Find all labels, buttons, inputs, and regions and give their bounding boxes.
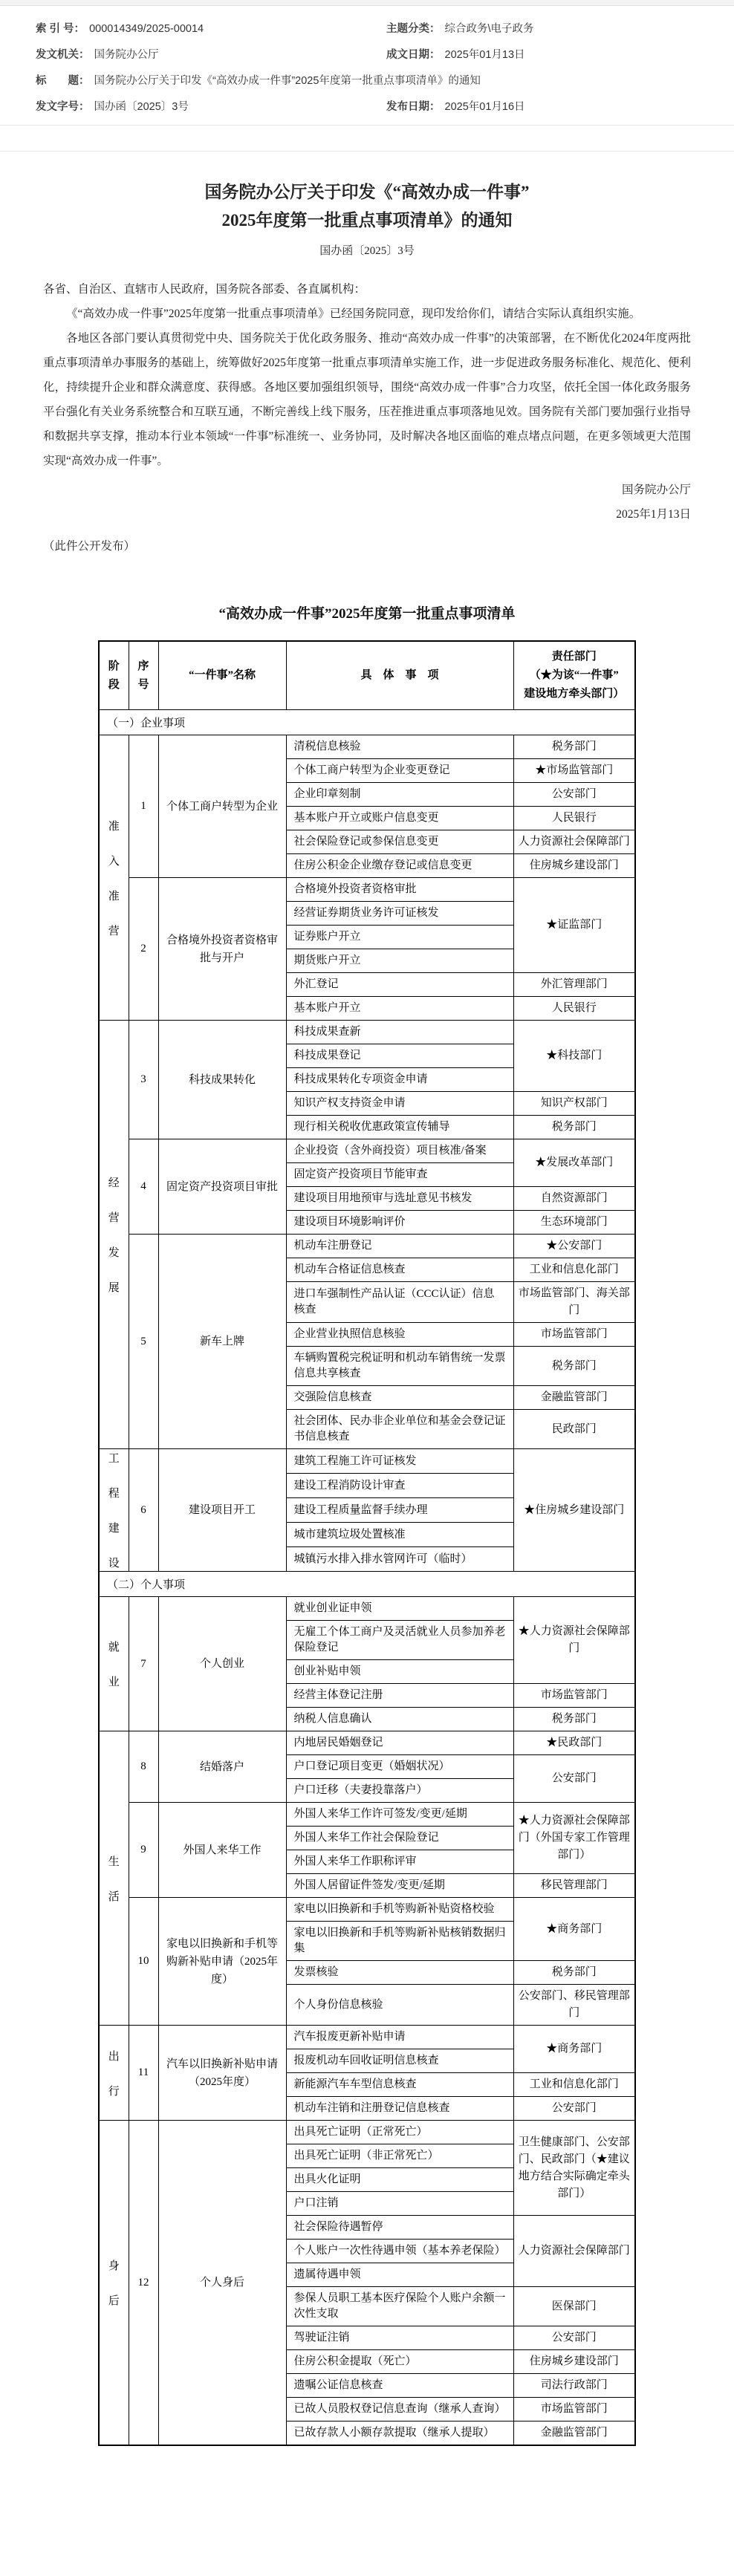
stage-char: 身 (108, 2257, 120, 2273)
thing-name-cell: 合格境外投资者资格审批与开户 (158, 878, 286, 1021)
meta-row: 索 引 号：000014349/2025-00014主题分类：综合政务\电子政务 (36, 16, 698, 42)
item-cell: 遗属待遇申领 (286, 2263, 513, 2287)
meta-value: 国办函〔2025〕3号 (90, 100, 189, 115)
list-table-body: （一）企业事项准入准营1个体工商户转型为企业清税信息核验税务部门个体工商户转型为… (99, 710, 635, 2446)
dept-cell: ★科技部门 (513, 1021, 635, 1092)
notice-title-line2: 2025年度第一批重点事项清单》的通知 (43, 206, 691, 235)
dept-cell: 生态环境部门 (513, 1211, 635, 1235)
item-cell: 社会保险登记或参保信息变更 (286, 830, 513, 854)
meta-row: 标 题：国务院办公厅关于印发《“高效办成一件事”2025年度第一批重点事项清单》… (36, 68, 698, 94)
dept-cell: 税务部门 (513, 1347, 635, 1386)
item-cell: 遗嘱公证信息核查 (286, 2374, 513, 2398)
item-cell: 住房公积金提取（死亡） (286, 2350, 513, 2374)
dept-cell: 知识产权部门 (513, 1092, 635, 1116)
stage-char: 发 (108, 1244, 120, 1260)
item-cell: 固定资产投资项目节能审查 (286, 1163, 513, 1187)
item-cell: 新能源汽车车型信息核查 (286, 2073, 513, 2097)
serial-cell: 4 (129, 1139, 158, 1235)
meta-pair: 发文字号：国办函〔2025〕3号 (36, 94, 386, 120)
item-cell: 个人身份信息核验 (286, 1985, 513, 2026)
dept-cell: ★人力资源社会保障部门（外国专家工作管理部门） (513, 1803, 635, 1874)
dept-cell: ★商务部门 (513, 1898, 635, 1961)
meta-row: 发文机关：国务院办公厅成文日期：2025年01月13日 (36, 42, 698, 68)
stage-char: 营 (108, 1209, 120, 1225)
stage-char: 建 (108, 1520, 120, 1535)
notice-title-line1: 国务院办公厅关于印发《“高效办成一件事” (43, 178, 691, 206)
column-header-3: 具 体 事 项 (286, 641, 513, 710)
meta-value: 国务院办公厅关于印发《“高效办成一件事”2025年度第一批重点事项清单》的通知 (90, 74, 481, 89)
dept-cell: 公安部门 (513, 1755, 635, 1803)
item-cell: 报废机动车回收证明信息核查 (286, 2049, 513, 2073)
item-cell: 就业创业证申领 (286, 1597, 513, 1621)
item-cell: 内地居民婚姻登记 (286, 1731, 513, 1755)
stage-cell: 准入准营 (99, 735, 129, 1021)
item-cell: 户口注销 (286, 2192, 513, 2216)
dept-cell: 住房城乡建设部门 (513, 2350, 635, 2374)
table-row: 10家电以旧换新和手机等购新补贴申请（2025年度）家电以旧换新和手机等购新补贴… (99, 1898, 635, 1922)
table-row: 工程建设6建设项目开工建筑工程施工许可证核发★住房城乡建设部门 (99, 1449, 635, 1474)
item-cell: 建设工程质量监督手续办理 (286, 1498, 513, 1523)
dept-cell: 市场监管部门 (513, 2398, 635, 2421)
stage-label: 身后 (100, 2257, 128, 2308)
stage-label: 出行 (100, 2048, 128, 2098)
item-cell: 外国人来华工作社会保险登记 (286, 1827, 513, 1850)
item-cell: 发票核验 (286, 1961, 513, 1985)
signer: 国务院办公厅 (43, 478, 691, 502)
stage-cell: 生活 (99, 1731, 129, 2026)
item-cell: 建设工程消防设计审查 (286, 1474, 513, 1498)
thing-name-cell: 外国人来华工作 (158, 1803, 286, 1898)
header-row: 阶段序号“一件事”名称具 体 事 项责任部门（★为该“一件事”建设地方牵头部门） (99, 641, 635, 710)
column-header-line: 具 体 事 项 (288, 666, 512, 685)
item-cell: 已故人员股权登记信息查询（继承人查询） (286, 2398, 513, 2421)
meta-label: 发文字号： (36, 100, 90, 115)
dept-cell: 税务部门 (513, 1116, 635, 1139)
item-cell: 清税信息核验 (286, 735, 513, 759)
thing-name-cell: 建设项目开工 (158, 1449, 286, 1572)
item-cell: 城市建筑垃圾处置核准 (286, 1523, 513, 1547)
table-row: 生活8结婚落户内地居民婚姻登记★民政部门 (99, 1731, 635, 1755)
item-cell: 企业印章刻制 (286, 783, 513, 807)
item-cell: 建设项目用地预审与选址意见书核发 (286, 1187, 513, 1211)
meta-pair: 主题分类：综合政务\电子政务 (386, 16, 698, 42)
column-header-1: 序号 (129, 641, 158, 710)
meta-value: 综合政务\电子政务 (441, 22, 534, 37)
item-cell: 经营证券期货业务许可证核发 (286, 902, 513, 926)
stage-label: 准入准营 (100, 818, 128, 938)
dept-cell: 市场监管部门 (513, 1684, 635, 1708)
dept-cell: ★商务部门 (513, 2026, 635, 2073)
dept-cell: ★市场监管部门 (513, 759, 635, 783)
thing-name-cell: 结婚落户 (158, 1731, 286, 1803)
item-cell: 纳税人信息确认 (286, 1708, 513, 1731)
dept-cell: 公安部门 (513, 2097, 635, 2121)
meta-pair: 标 题：国务院办公厅关于印发《“高效办成一件事”2025年度第一批重点事项清单》… (36, 68, 698, 94)
item-cell: 知识产权支持资金申请 (286, 1092, 513, 1116)
dept-cell: 工业和信息化部门 (513, 2073, 635, 2097)
table-row: 准入准营1个体工商户转型为企业清税信息核验税务部门 (99, 735, 635, 759)
table-row: 4固定资产投资项目审批企业投资（含外商投资）项目核准/备案★发展改革部门 (99, 1139, 635, 1163)
stage-label: 工程建设 (100, 1450, 128, 1570)
stage-char: 准 (108, 888, 120, 903)
meta-label: 索 引 号： (36, 22, 85, 37)
dept-cell: 人力资源社会保障部门 (513, 2216, 635, 2287)
stage-char: 展 (108, 1279, 120, 1295)
table-row: 经营发展3科技成果转化科技成果查新★科技部门 (99, 1021, 635, 1044)
dept-cell: 外汇管理部门 (513, 973, 635, 997)
item-cell: 企业营业执照信息核验 (286, 1323, 513, 1347)
item-cell: 个人账户一次性待遇申领（基本养老保险） (286, 2240, 513, 2263)
column-header-line: 建设地方牵头部门） (516, 685, 634, 703)
meta-value: 2025年01月16日 (441, 100, 525, 115)
item-cell: 车辆购置税完税证明和机动车销售统一发票信息共享核查 (286, 1347, 513, 1386)
dept-cell: 卫生健康部门、公安部门、民政部门（★建议地方结合实际确定牵头部门） (513, 2121, 635, 2216)
item-cell: 城镇污水排入排水管网许可（临时） (286, 1547, 513, 1572)
dept-cell: 人民银行 (513, 997, 635, 1021)
column-header-line: （★为该“一件事” (516, 666, 634, 685)
stage-char: 就 (108, 1639, 120, 1654)
item-cell: 户口登记项目变更（婚姻状况） (286, 1755, 513, 1779)
paragraphs-container: 《“高效办成一件事”2025年度第一批重点事项清单》已经国务院同意，现印发给你们… (43, 302, 691, 473)
column-header-line: 号 (131, 676, 157, 695)
dept-cell: 司法行政部门 (513, 2374, 635, 2398)
paragraph: 各地区各部门要认真贯彻党中央、国务院关于优化政务服务、推动“高效办成一件事”的决… (43, 326, 691, 473)
item-cell: 经营主体登记注册 (286, 1684, 513, 1708)
thing-name-cell: 固定资产投资项目审批 (158, 1139, 286, 1235)
stage-char: 业 (108, 1674, 120, 1689)
signature-block: 国务院办公厅 2025年1月13日 (43, 478, 691, 527)
item-cell: 参保人员职工基本医疗保险个人账户余额一次性支取 (286, 2287, 513, 2326)
item-cell: 企业投资（含外商投资）项目核准/备案 (286, 1139, 513, 1163)
item-cell: 外汇登记 (286, 973, 513, 997)
item-cell: 户口迁移（夫妻投靠落户） (286, 1779, 513, 1803)
stage-cell: 就业 (99, 1597, 129, 1731)
dept-cell: 住房城乡建设部门 (513, 854, 635, 878)
stage-label: 经营发展 (100, 1174, 128, 1295)
dept-cell: 医保部门 (513, 2287, 635, 2326)
item-cell: 机动车合格证信息核查 (286, 1258, 513, 1282)
stage-char: 生 (108, 1853, 120, 1869)
notice-document: 国务院办公厅关于印发《“高效办成一件事” 2025年度第一批重点事项清单》的通知… (0, 178, 734, 553)
paragraph: 《“高效办成一件事”2025年度第一批重点事项清单》已经国务院同意，现印发给你们… (43, 302, 691, 326)
dept-cell: ★住房城乡建设部门 (513, 1449, 635, 1572)
dept-cell: 税务部门 (513, 1961, 635, 1985)
dept-cell: ★发展改革部门 (513, 1139, 635, 1187)
list-table: 阶段序号“一件事”名称具 体 事 项责任部门（★为该“一件事”建设地方牵头部门）… (98, 640, 636, 2446)
column-header-0: 阶段 (99, 641, 129, 710)
meta-row: 发文字号：国办函〔2025〕3号发布日期：2025年01月16日 (36, 94, 698, 120)
doc-meta-block: 索 引 号：000014349/2025-00014主题分类：综合政务\电子政务… (0, 6, 734, 125)
item-cell: 机动车注册登记 (286, 1235, 513, 1258)
dept-cell: 公安部门 (513, 783, 635, 807)
serial-cell: 1 (129, 735, 158, 878)
stage-char: 程 (108, 1485, 120, 1500)
item-cell: 外国人居留证件签发/变更/延期 (286, 1874, 513, 1898)
column-header-line: 段 (101, 676, 127, 695)
item-cell: 证券账户开立 (286, 926, 513, 949)
dept-cell: 公安部门、移民管理部门 (513, 1985, 635, 2026)
stage-label: 生活 (100, 1853, 128, 1904)
list-table-title: “高效办成一件事”2025年度第一批重点事项清单 (0, 602, 734, 622)
meta-label: 标 题： (36, 74, 90, 89)
meta-label: 成文日期： (386, 48, 441, 63)
stage-cell: 出行 (99, 2026, 129, 2121)
meta-pair: 索 引 号：000014349/2025-00014 (36, 16, 386, 42)
item-cell: 外国人来华工作职称评审 (286, 1850, 513, 1874)
thing-name-cell: 科技成果转化 (158, 1021, 286, 1139)
item-cell: 家电以旧换新和手机等购新补贴核销数据归集 (286, 1922, 513, 1961)
dept-cell: 税务部门 (513, 735, 635, 759)
list-table-head: 阶段序号“一件事”名称具 体 事 项责任部门（★为该“一件事”建设地方牵头部门） (99, 641, 635, 710)
section-heading-row: （一）企业事项 (99, 710, 635, 735)
item-cell: 无雇工个体工商户及灵活就业人员参加养老保险登记 (286, 1621, 513, 1660)
item-cell: 出具死亡证明（非正常死亡） (286, 2144, 513, 2168)
dept-cell: 工业和信息化部门 (513, 1258, 635, 1282)
item-cell: 期货账户开立 (286, 949, 513, 973)
serial-cell: 12 (129, 2121, 158, 2446)
serial-cell: 8 (129, 1731, 158, 1803)
meta-value: 国务院办公厅 (90, 48, 159, 63)
column-header-4: 责任部门（★为该“一件事”建设地方牵头部门） (513, 641, 635, 710)
stage-char: 准 (108, 818, 120, 833)
thing-name-cell: 家电以旧换新和手机等购新补贴申请（2025年度） (158, 1898, 286, 2026)
stage-char: 入 (108, 853, 120, 868)
serial-cell: 10 (129, 1898, 158, 2026)
item-cell: 科技成果转化专项资金申请 (286, 1068, 513, 1092)
dept-cell: 民政部门 (513, 1410, 635, 1449)
stage-cell: 工程建设 (99, 1449, 129, 1572)
serial-cell: 6 (129, 1449, 158, 1572)
item-cell: 机动车注销和注册登记信息核查 (286, 2097, 513, 2121)
item-cell: 外国人来华工作许可签发/变更/延期 (286, 1803, 513, 1827)
stage-label: 就业 (100, 1639, 128, 1689)
dept-cell: 公安部门 (513, 2326, 635, 2350)
item-cell: 住房公积金企业缴存登记或信息变更 (286, 854, 513, 878)
item-cell: 现行相关税收优惠政策宣传辅导 (286, 1116, 513, 1139)
dept-cell: 金融监管部门 (513, 1386, 635, 1410)
dept-cell: 税务部门 (513, 1708, 635, 1731)
dept-cell: 市场监管部门 (513, 1323, 635, 1347)
section-heading: （二）个人事项 (99, 1572, 635, 1597)
meta-pair: 发文机关：国务院办公厅 (36, 42, 386, 68)
stage-cell: 经营发展 (99, 1021, 129, 1449)
item-cell: 驾驶证注销 (286, 2326, 513, 2350)
dept-cell: ★人力资源社会保障部门 (513, 1597, 635, 1684)
column-header-line: 责任部门 (516, 648, 634, 666)
thing-name-cell: 个体工商户转型为企业 (158, 735, 286, 878)
thing-name-cell: 新车上牌 (158, 1235, 286, 1449)
meta-value: 000014349/2025-00014 (85, 22, 204, 37)
stage-char: 经 (108, 1174, 120, 1190)
table-row: 身后12个人身后出具死亡证明（正常死亡）卫生健康部门、公安部门、民政部门（★建议… (99, 2121, 635, 2144)
dept-cell: 移民管理部门 (513, 1874, 635, 1898)
dept-cell: ★证监部门 (513, 878, 635, 973)
stage-char: 后 (108, 2292, 120, 2308)
meta-label: 主题分类： (386, 22, 441, 37)
meta-label: 发布日期： (386, 100, 441, 115)
column-header-2: “一件事”名称 (158, 641, 286, 710)
dept-cell: 人力资源社会保障部门 (513, 830, 635, 854)
item-cell: 出具死亡证明（正常死亡） (286, 2121, 513, 2144)
table-row: 就业7个人创业就业创业证申领★人力资源社会保障部门 (99, 1597, 635, 1621)
thing-name-cell: 汽车以旧换新补贴申请（2025年度） (158, 2026, 286, 2121)
item-cell: 出具火化证明 (286, 2168, 513, 2192)
table-row: 出行11汽车以旧换新补贴申请（2025年度）汽车报废更新补贴申请★商务部门 (99, 2026, 635, 2049)
dept-cell: ★民政部门 (513, 1731, 635, 1755)
item-cell: 个体工商户转型为企业变更登记 (286, 759, 513, 783)
table-row: 9外国人来华工作外国人来华工作许可签发/变更/延期★人力资源社会保障部门（外国专… (99, 1803, 635, 1827)
serial-cell: 9 (129, 1803, 158, 1898)
table-row: 5新车上牌机动车注册登记★公安部门 (99, 1235, 635, 1258)
notice-body: 各省、自治区、直辖市人民政府，国务院各部委、各直属机构： 《“高效办成一件事”2… (43, 277, 691, 473)
stage-char: 活 (108, 1888, 120, 1904)
dept-cell: 人民银行 (513, 807, 635, 830)
item-cell: 建筑工程施工许可证核发 (286, 1449, 513, 1474)
item-cell: 合格境外投资者资格审批 (286, 878, 513, 902)
item-cell: 创业补贴申领 (286, 1660, 513, 1684)
serial-cell: 11 (129, 2026, 158, 2121)
stage-cell: 身后 (99, 2121, 129, 2446)
item-cell: 交强险信息核查 (286, 1386, 513, 1410)
sign-date: 2025年1月13日 (43, 502, 691, 527)
column-header-line: 序 (131, 657, 157, 676)
meta-value: 2025年01月13日 (441, 48, 525, 63)
item-cell: 进口车强制性产品认证（CCC认证）信息核查 (286, 1282, 513, 1323)
dept-cell: ★公安部门 (513, 1235, 635, 1258)
column-header-line: 阶 (101, 657, 127, 676)
meta-label: 发文机关： (36, 48, 90, 63)
item-cell: 基本账户开立或账户信息变更 (286, 807, 513, 830)
item-cell: 科技成果查新 (286, 1021, 513, 1044)
page-top-strip (0, 0, 734, 6)
item-cell: 基本账户开立 (286, 997, 513, 1021)
table-row: 2合格境外投资者资格审批与开户合格境外投资者资格审批★证监部门 (99, 878, 635, 902)
stage-char: 营 (108, 923, 120, 938)
item-cell: 汽车报废更新补贴申请 (286, 2026, 513, 2049)
salutation: 各省、自治区、直辖市人民政府，国务院各部委、各直属机构： (43, 277, 691, 302)
item-cell: 已故存款人小额存款提取（继承人提取） (286, 2421, 513, 2446)
item-cell: 家电以旧换新和手机等购新补贴资格校验 (286, 1898, 513, 1922)
item-cell: 科技成果登记 (286, 1044, 513, 1068)
dept-cell: 市场监管部门、海关部门 (513, 1282, 635, 1323)
section-heading: （一）企业事项 (99, 710, 635, 735)
serial-cell: 3 (129, 1021, 158, 1139)
dept-cell: 自然资源部门 (513, 1187, 635, 1211)
column-header-line: “一件事”名称 (160, 666, 285, 685)
thing-name-cell: 个人身后 (158, 2121, 286, 2446)
stage-char: 出 (108, 2048, 120, 2063)
notice-title: 国务院办公厅关于印发《“高效办成一件事” 2025年度第一批重点事项清单》的通知 (43, 178, 691, 235)
public-release-note: （此件公开发布） (43, 537, 691, 553)
thing-name-cell: 个人创业 (158, 1597, 286, 1731)
serial-cell: 5 (129, 1235, 158, 1449)
section-heading-row: （二）个人事项 (99, 1572, 635, 1597)
item-cell: 社会保险待遇暂停 (286, 2216, 513, 2240)
serial-cell: 7 (129, 1597, 158, 1731)
stage-char: 工 (108, 1450, 120, 1466)
doc-number: 国办函〔2025〕3号 (43, 242, 691, 258)
item-cell: 社会团体、民办非企业单位和基金会登记证书信息核查 (286, 1410, 513, 1449)
meta-pair: 成文日期：2025年01月13日 (386, 42, 698, 68)
item-cell: 建设项目环境影响评价 (286, 1211, 513, 1235)
serial-cell: 2 (129, 878, 158, 1021)
divider-line-bottom (0, 151, 734, 152)
dept-cell: 金融监管部门 (513, 2421, 635, 2446)
stage-char: 设 (108, 1555, 120, 1570)
stage-char: 行 (108, 2083, 120, 2098)
meta-pair: 发布日期：2025年01月16日 (386, 94, 698, 120)
